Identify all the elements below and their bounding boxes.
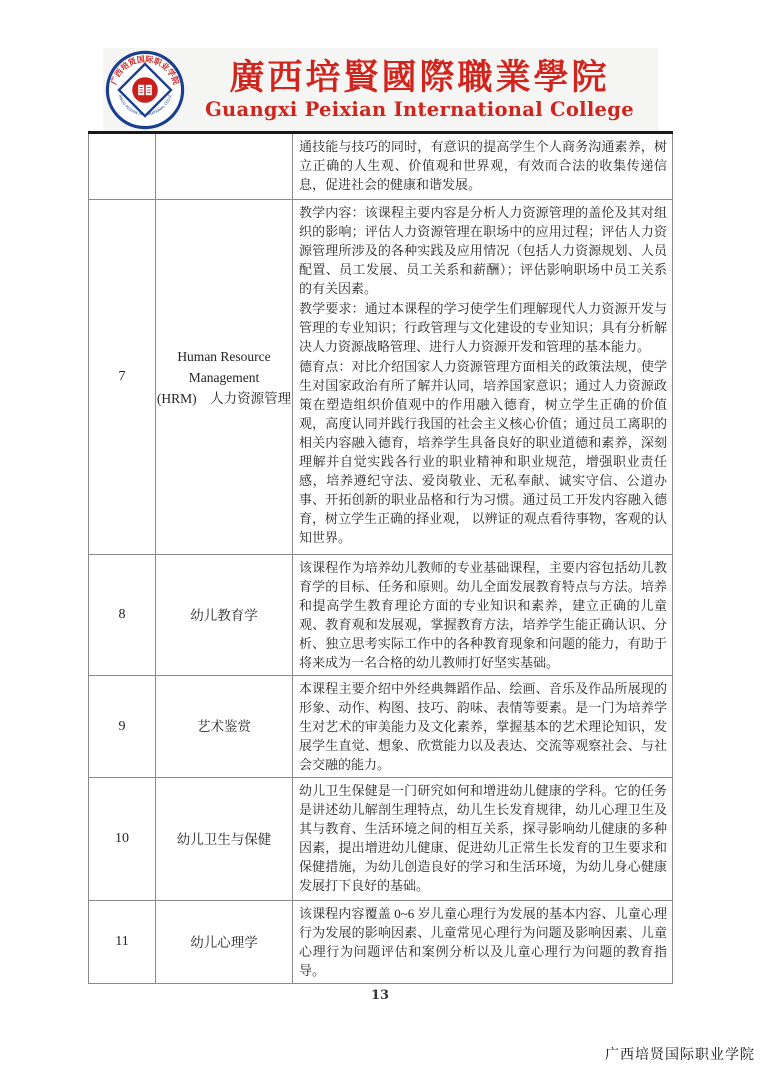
table-row-10: 10 幼儿卫生与保健 幼儿卫生保健是一门研究如何和增进幼儿健康的学科。它的任务是…	[89, 778, 673, 901]
course-name-line: Management	[156, 367, 292, 388]
course-desc-paragraph: 该课程内容覆盖 0~6 岁儿童心理行为发展的基本内容、儿童心理行为发展的影响因素…	[299, 904, 667, 980]
course-name-cell: 幼儿卫生与保健	[156, 778, 293, 901]
table-row-7: 7 Human Resource Management (HRM) 人力资源管理…	[89, 200, 673, 555]
course-number-cell: 9	[89, 676, 156, 778]
college-titles: 廣西培賢國際職業學院 Guangxi Peixian International…	[187, 58, 658, 122]
table-row-continuation: 通技能与技巧的同时，有意识的提高学生个人商务沟通素养，树立正确的人生观、价值观和…	[89, 133, 673, 200]
course-number-cell: 8	[89, 555, 156, 676]
course-desc-paragraph: 教学内容：该课程主要内容是分析人力资源管理的盖伦及其对组织的影响；评估人力资源管…	[299, 203, 667, 298]
college-title-zh: 廣西培賢國際職業學院	[187, 58, 652, 98]
course-name-cell: 幼儿心理学	[156, 901, 293, 984]
course-desc-cell: 教学内容：该课程主要内容是分析人力资源管理的盖伦及其对组织的影响；评估人力资源管…	[293, 200, 673, 555]
course-desc-cell: 通技能与技巧的同时，有意识的提高学生个人商务沟通素养，树立正确的人生观、价值观和…	[293, 133, 673, 200]
course-desc-cell: 该课程作为培养幼儿教师的专业基础课程，主要内容包括幼儿教育学的目标、任务和原则。…	[293, 555, 673, 676]
course-desc-paragraph: 幼儿卫生保健是一门研究如何和增进幼儿健康的学科。它的任务是讲述幼儿解剖生理特点，…	[299, 781, 667, 895]
course-name-line: Human Resource	[156, 346, 292, 367]
course-name-cell: 艺术鉴赏	[156, 676, 293, 778]
course-desc-paragraph: 通技能与技巧的同时，有意识的提高学生个人商务沟通素养，树立正确的人生观、价值观和…	[299, 137, 667, 194]
footer-watermark: 广西培贤国际职业学院	[605, 1044, 755, 1064]
table-row-8: 8 幼儿教育学 该课程作为培养幼儿教师的专业基础课程，主要内容包括幼儿教育学的目…	[89, 555, 673, 676]
course-number-cell: 10	[89, 778, 156, 901]
table-row-11: 11 幼儿心理学 该课程内容覆盖 0~6 岁儿童心理行为发展的基本内容、儿童心理…	[89, 901, 673, 984]
course-desc-paragraph: 德育点：对比介绍国家人力资源管理方面相关的政策法规，使学生对国家政治有所了解并认…	[299, 357, 667, 547]
page-number: 13	[88, 988, 672, 1003]
course-table: 通技能与技巧的同时，有意识的提高学生个人商务沟通素养，树立正确的人生观、价值观和…	[88, 131, 673, 984]
course-number-cell: 7	[89, 200, 156, 555]
course-name-line: (HRM) 人力资源管理	[156, 388, 292, 409]
course-name-cell: 幼儿教育学	[156, 555, 293, 676]
page-header: 广西培贤国际职业学院 GUANGXI PEIXIAN INTERNATIONAL…	[103, 48, 658, 132]
course-number-cell: 11	[89, 901, 156, 984]
college-seal-logo: 广西培贤国际职业学院 GUANGXI PEIXIAN INTERNATIONAL…	[103, 48, 187, 132]
course-desc-paragraph: 本课程主要介绍中外经典舞蹈作品、绘画、音乐及作品所展现的形象、动作、构图、技巧、…	[299, 679, 667, 774]
college-seal-icon: 广西培贤国际职业学院 GUANGXI PEIXIAN INTERNATIONAL…	[105, 50, 185, 130]
course-number-cell	[89, 133, 156, 200]
course-desc-cell: 本课程主要介绍中外经典舞蹈作品、绘画、音乐及作品所展现的形象、动作、构图、技巧、…	[293, 676, 673, 778]
college-title-en: Guangxi Peixian International College	[187, 98, 652, 122]
table-row-9: 9 艺术鉴赏 本课程主要介绍中外经典舞蹈作品、绘画、音乐及作品所展现的形象、动作…	[89, 676, 673, 778]
course-desc-cell: 幼儿卫生保健是一门研究如何和增进幼儿健康的学科。它的任务是讲述幼儿解剖生理特点，…	[293, 778, 673, 901]
course-name-cell: Human Resource Management (HRM) 人力资源管理	[156, 200, 293, 555]
course-desc-cell: 该课程内容覆盖 0~6 岁儿童心理行为发展的基本内容、儿童心理行为发展的影响因素…	[293, 901, 673, 984]
course-name-cell	[156, 133, 293, 200]
course-desc-paragraph: 教学要求：通过本课程的学习使学生们理解现代人力资源开发与管理的专业知识；行政管理…	[299, 299, 667, 356]
course-desc-paragraph: 该课程作为培养幼儿教师的专业基础课程，主要内容包括幼儿教育学的目标、任务和原则。…	[299, 558, 667, 672]
